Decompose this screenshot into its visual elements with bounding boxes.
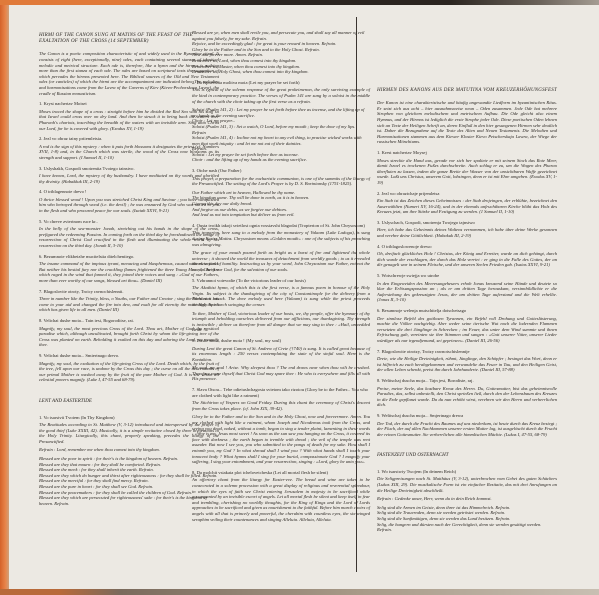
item-paragraph: This troparion, here sung to a melody fr… [192, 230, 370, 247]
item-line: Soloist (Psalm 141, 3) : Set a watch, O … [192, 124, 370, 130]
ode-text: Dreie, wie die Heilige Dreieinigkeit, rü… [377, 356, 557, 373]
german-title: Hirmen des Kanons aus der Matutina vom K… [377, 88, 557, 94]
item-paragraph: The grace of your mouth poured forth as … [192, 250, 370, 272]
german-lent-heading: 1. Wo tsarstwiy Twojem (In deinem Reich) [377, 469, 557, 475]
item-paragraph: The Akathist hymn, of which this is the … [192, 285, 370, 307]
item-paragraph: During Lent the great Canon of St. Andre… [192, 346, 370, 363]
ode-heading: 7. Blagoslowite otrotzy, Troizy rawnotsc… [377, 349, 557, 355]
ode-text: Der Tod, der durch die Frucht des Baumes… [377, 421, 557, 438]
item-heading: 2. Da ispravitsia molitva moia (Let my p… [192, 80, 370, 86]
sleeve-edge-left [0, 0, 9, 595]
german-column: Hirmen des Kanons aus der Matutina vom K… [377, 88, 557, 533]
item-heading: 4. Ousta tvoikh iakoji svietlost ognia v… [192, 223, 370, 229]
german-intro: Der Kanon ist eine charakteristische und… [377, 100, 557, 145]
item-paragraph: Glory be to the Father and to the Son an… [192, 414, 370, 464]
item-line: Choir : and the lifting up of my hands a… [192, 157, 370, 163]
german-section-title: Fastenzeit und Osternacht [377, 453, 557, 459]
ode-text: Herr, ich habe das Geheimnis deines Walt… [377, 227, 557, 238]
item-line: Soloist (Psalm 141, 2) : Let my prayer b… [192, 107, 370, 118]
item-heading: 6. Dushe moia, dushe moia ! (My soul, my… [192, 338, 370, 344]
english-beatitudes-end: Blessed are ye, when men shall revile yo… [192, 30, 370, 75]
item-paragraph: An offertory chant from the liturgy for … [192, 477, 370, 522]
item-heading: 7. Slava Otsou... Tebe odieiushchagosia … [192, 387, 370, 398]
german-odes: 1. Krest natchertav MoysejMoses streckte… [377, 150, 557, 437]
german-beatitudes: Selig sind die Armen im Geiste, denn ihr… [377, 505, 557, 533]
item-paragraph: My soul, my soul ! Arise. Why sleepest t… [192, 365, 370, 382]
item-heading: 3. Otche nash (Our Father) [192, 168, 370, 174]
ode-heading: 8. Welitschaj duscha moja... Tajn jesi, … [377, 378, 557, 384]
beatitude-line: Blessed are ye, when men shall revile yo… [192, 30, 370, 41]
ode-text: Preise, meine Seele, das kostbare Kreuz … [377, 386, 557, 408]
beatitude-line: Selig, die hungern und dürsten nach der … [377, 522, 557, 533]
ode-heading: 4. O triblagoslowenoje drewo [377, 244, 557, 250]
item-heading: 8. Da molchit vsiakaia plot tchelovetche… [192, 470, 370, 476]
ode-text: In den Eingeweiden des Meeresungeheuers … [377, 281, 557, 303]
ode-heading: 5. Wotschrewje swiejja wo utrobe [377, 273, 557, 279]
english-lent-items: 2. Da ispravitsia molitva moia (Let my p… [192, 80, 370, 522]
sleeve-back: Hirmi of the Canon sung at Matins of the… [9, 5, 599, 589]
item-line: And lead us not into temptation but deli… [192, 212, 370, 218]
item-paragraph: This prayer, a preparation for the eucha… [192, 176, 370, 187]
item-paragraph: The Stichirion of Vespers on Good Friday… [192, 400, 370, 411]
item-line: Soloist (Psalm 141, 4) : Incline not my … [192, 135, 370, 146]
item-paragraph: To thee, Mother of God, victorious leade… [192, 311, 370, 333]
german-lent-intro: Die Seligpreisungen nach St. Matthäus (V… [377, 476, 557, 493]
ode-heading: 2. Jezl wo obraztchaje prijemletsa [377, 191, 557, 197]
ode-text: Ein Stab ist das Zeichen dieses Geheimni… [377, 198, 557, 215]
sleeve-edge-bottom [0, 589, 599, 595]
ode-heading: 1. Krest natchertav Moysej [377, 150, 557, 156]
item-heading: 5. Vzbrannoi voievodie (To the victoriou… [192, 278, 370, 284]
ode-heading: 3. Uslyschach, Gospodi, smotrenja Twojeg… [377, 220, 557, 226]
english-column-2: Blessed are ye, when men shall revile yo… [192, 30, 370, 525]
ode-text: Der sinnlose Befehl des gottlosen Tyrann… [377, 316, 557, 344]
beatitude-line: Remember us, Holy Ghost, when thou comes… [192, 69, 370, 75]
ode-text: Oh, dreifach glückliches Holz ! Christus… [377, 251, 557, 268]
item-paragraph: This is typical of the solemn response o… [192, 87, 370, 104]
ode-heading: 9. Welitschaj duscha moja... Smjertnago … [377, 413, 557, 419]
ode-heading: 6. Besumnoje welenja mutschitelja dotsch… [377, 308, 557, 314]
ode-text: Moses streckte die Hand aus, gerade vor … [377, 158, 557, 186]
german-refrain: Refrain : Gedenke unser, Herr, wenn du i… [377, 496, 557, 502]
